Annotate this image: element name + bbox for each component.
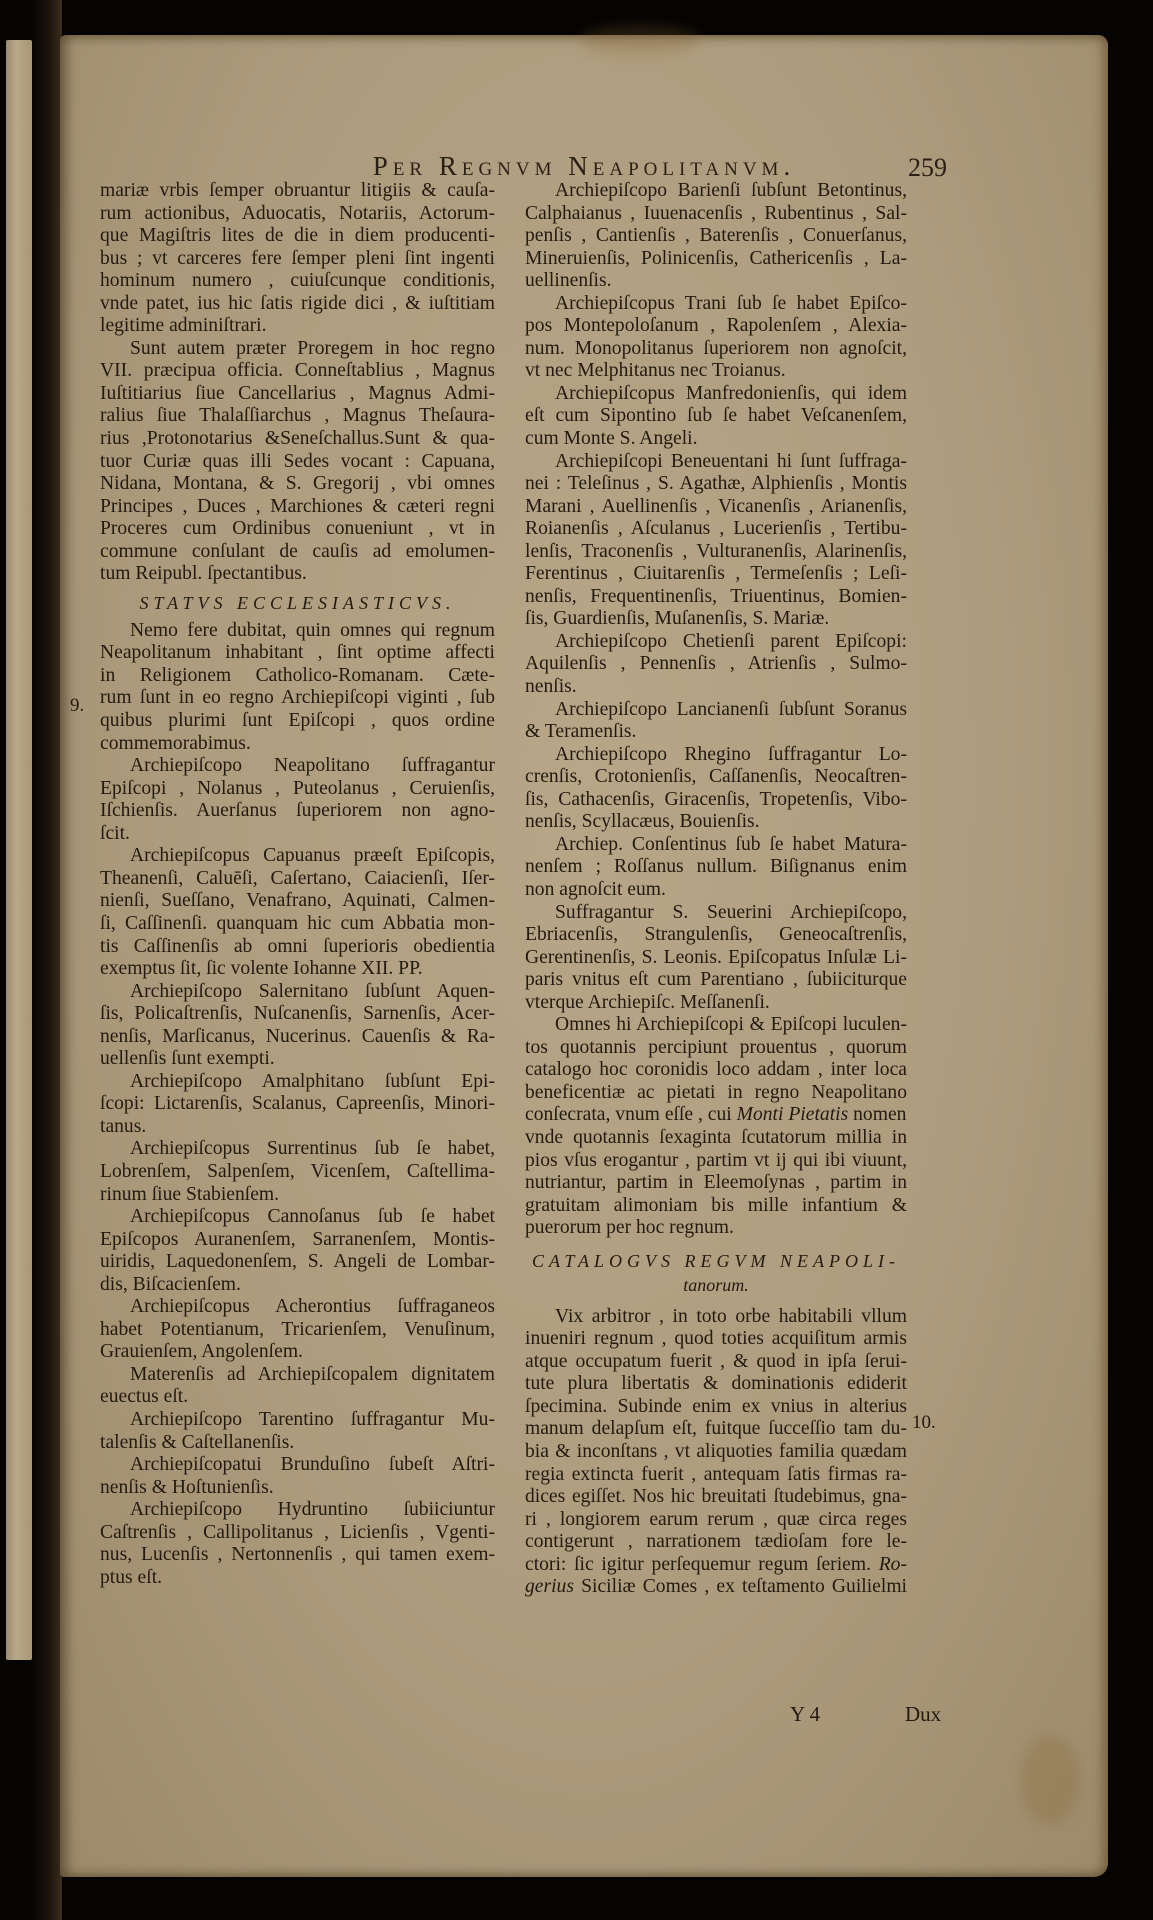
text-line-with-italic: conſecrata, vnum eſſe , cui Monti Pietat… (525, 1104, 907, 1127)
italic-name: Ro- (879, 1554, 907, 1575)
paragraph-start: Archiepiſcopus Manfredonienſis, qui idem (525, 383, 907, 406)
text-line: in Religionem Catholico-Romanam. Cæte- (100, 665, 495, 688)
paragraph-start: Archiepiſcopo Chetienſi parent Epiſcopi: (525, 631, 907, 654)
text-line: Aquilenſis , Pennenſis , Atrienſis , Sul… (525, 653, 907, 676)
text-line: Theanenſi, Caluēſi, Caſertano, Caiacienſ… (100, 868, 495, 891)
text-line: tanus. (100, 1116, 495, 1139)
text-line: vt nec Melphitanus nec Troianus. (525, 360, 907, 383)
paragraph-start: Archiepiſcopo Neapolitano ſuffragantur (100, 755, 495, 778)
paragraph-start: Archiepiſcopus Capuanus præeſt Epiſcopis… (100, 845, 495, 868)
text-line: gratuitam alimoniam bis mille infantium … (525, 1195, 907, 1218)
section-heading: CATALOGVS REGVM NEAPOLI- (525, 1248, 907, 1274)
text-line: nienſi, Sueſſano, Venafrano, Aquinati, C… (100, 890, 495, 913)
text-line: ralius ſiue Thalaſſiarchus , Magnus Theſ… (100, 405, 495, 428)
text-line: vnde patet, ius hic ſatis rigide dici , … (100, 293, 495, 316)
spacer (525, 1240, 907, 1248)
text-line: paris vnitus eſt cum Parentiano , ſubiic… (525, 969, 907, 992)
text-fragment: conſecrata, vnum eſſe , cui (525, 1104, 732, 1125)
text-line: euectus eſt. (100, 1386, 495, 1409)
text-line: habet Potentianum, Tricarienſem, Venuſin… (100, 1319, 495, 1342)
text-line: bia & inconſtans , vt aliquoties familia… (525, 1441, 907, 1464)
paragraph-start: Omnes hi Archiepiſcopi & Epiſcopi lucule… (525, 1014, 907, 1037)
text-line: tos quotannis percipiunt prouentus , quo… (525, 1037, 907, 1060)
text-line: pos Montepoloſanum , Rapolenſem , Alexia… (525, 315, 907, 338)
text-line: nenſis. (525, 676, 907, 699)
text-line: rum actionibus, Aduocatis, Notariis, Act… (100, 203, 495, 226)
text-line: num. Monopolitanus ſuperiorem non agnoſc… (525, 338, 907, 361)
text-line: Calphaianus , Iuuenacenſis , Rubentinus … (525, 203, 907, 226)
text-line: exemptus ſit, ſic volente Iohanne XII. P… (100, 958, 495, 981)
paragraph-start: Archiepiſcopatui Brunduſino ſubeſt Aſtri… (100, 1454, 495, 1477)
text-line: regia extincta fuerit , antequam ſatis f… (525, 1464, 907, 1487)
paper-stain (580, 25, 700, 55)
paragraph-start: Archiepiſcopo Salernitano ſubſunt Aquen- (100, 981, 495, 1004)
text-line: tute plura libertatis & dominationis edi… (525, 1373, 907, 1396)
text-line: lenſis, Traconenſis , Vulturanenſis, Ala… (525, 541, 907, 564)
right-column: Archiepiſcopo Barienſi ſubſunt Betontinu… (525, 180, 907, 1599)
paragraph-start: Archiepiſcopus Cannoſanus ſub ſe habet (100, 1206, 495, 1229)
text-line: ſis, Policaſtrenſis, Nuſcanenſis, Sarnen… (100, 1003, 495, 1026)
text-line: nenſis & Hoſtunienſis. (100, 1477, 495, 1500)
text-line: nutriantur, partim in Eleemoſynas , part… (525, 1172, 907, 1195)
text-line: Ebriacenſis, Strangulenſis, Geneocaſtren… (525, 924, 907, 947)
text-line: Lobrenſem, Salpenſem, Vicenſem, Caſtelli… (100, 1161, 495, 1184)
paragraph-start: Archiepiſcopo Rhegino ſuffragantur Lo- (525, 744, 907, 767)
text-line: Nidana, Montana, & S. Gregorij , vbi omn… (100, 473, 495, 496)
text-line: nenſis, Frequentinenſis, Triuentinus, Bo… (525, 586, 907, 609)
text-line: inueniri regnum , quod toties acquiſitum… (525, 1328, 907, 1351)
text-line: Iuſtitiarius ſiue Cancellarius , Magnus … (100, 383, 495, 406)
text-line: cum Monte S. Angeli. (525, 428, 907, 451)
text-line: puerorum per hoc regnum. (525, 1217, 907, 1240)
paragraph-start: Suffragantur S. Seuerini Archiepiſcopo, (525, 902, 907, 925)
text-line: Proceres cum Ordinibus conueniunt , vt i… (100, 518, 495, 541)
page-number: 259 (908, 153, 947, 183)
text-line-with-italic: gerius Siciliæ Comes , ex teſtamento Gui… (525, 1576, 907, 1599)
text-line: VII. præcipua officia. Conneſtablius , M… (100, 360, 495, 383)
text-fragment: nomen, (848, 1104, 907, 1125)
text-line: eſt cum Sipontino ſub ſe habet Veſcanenſ… (525, 405, 907, 428)
catchword: Dux (905, 1702, 941, 1727)
text-line: ptus eſt. (100, 1567, 495, 1590)
text-line: manum delapſum eſt, fuitque ſucceſſio ta… (525, 1418, 907, 1441)
text-line: talenſis & Caſtellanenſis. (100, 1432, 495, 1455)
text-line: pios vſus erogantur , partim vt ij qui i… (525, 1150, 907, 1173)
text-line: rinum ſiue Stabienſem. (100, 1184, 495, 1207)
text-line: tuor Curiæ quas illi Sedes vocant : Capu… (100, 451, 495, 474)
text-line: Epiſcopi , Nolanus , Puteolanus , Ceruie… (100, 778, 495, 801)
text-line: uellenſis ſunt exempti. (100, 1048, 495, 1071)
text-line: quibus plurimi ſunt Epiſcopi , quos ordi… (100, 710, 495, 733)
paragraph-start: Archiepiſcopo Hydruntino ſubiiciuntur (100, 1499, 495, 1522)
text-line: Mineruienſis, Polinicenſis, Cathericenſi… (525, 248, 907, 271)
text-line: tis Caſſinenſis ab omni ſuperioris obedi… (100, 936, 495, 959)
text-line: ſis, Guardienſis, Muſanenſis, S. Mariæ. (525, 608, 907, 631)
margin-note-section-10: 10. (912, 1412, 936, 1434)
text-line: nenſis, Scyllacæus, Bouienſis. (525, 811, 907, 834)
text-line: beneficentiæ ac pietati in regno Neapoli… (525, 1082, 907, 1105)
text-line: atque occupatum fuerit , & quod in ipſa … (525, 1351, 907, 1374)
text-line: nei : Teleſinus , S. Agathæ, Alphienſis … (525, 473, 907, 496)
text-line: bus ; vt carceres fere ſemper pleni ſint… (100, 248, 495, 271)
paragraph-start: Archiepiſcopi Beneuentani hi ſunt ſuffra… (525, 451, 907, 474)
signature-mark: Y 4 (790, 1702, 820, 1727)
text-line: ſcopi: Lictarenſis, Scalanus, Capreenſis… (100, 1093, 495, 1116)
text-line: commune conſulant de cauſis ad emolumen- (100, 541, 495, 564)
text-line: Roianenſis , Aſculanus , Lucerienſis , T… (525, 518, 907, 541)
text-line: Principes , Duces , Marchiones & cæteri … (100, 496, 495, 519)
text-line: nus, Lucenſis , Nertonnenſis , qui tamen… (100, 1544, 495, 1567)
text-line: non agnoſcit eum. (525, 879, 907, 902)
text-line-with-italic: ctori: ſic igitur perſequemur regum ſeri… (525, 1554, 907, 1577)
text-line: Iſchienſis. Auerſanus ſuperiorem non agn… (100, 800, 495, 823)
text-line: ſcit. (100, 823, 495, 846)
text-line: vterque Archiepiſc. Meſſanenſi. (525, 992, 907, 1015)
text-line: Marani , Auellinenſis , Vicanenſis , Ari… (525, 496, 907, 519)
text-line: ſpecimina. Subinde enim ex vnius in alte… (525, 1396, 907, 1419)
paragraph-start: Archiepiſcopo Lancianenſi ſubſunt Soranu… (525, 699, 907, 722)
book-gutter (32, 0, 62, 1920)
text-line: mariæ vrbis ſemper obruantur litigiis & … (100, 180, 495, 203)
previous-page-edge (6, 40, 32, 1660)
paragraph-start: Archiepiſcopus Acherontius ſuffraganeos (100, 1296, 495, 1319)
text-fragment: ctori: ſic igitur perſequemur regum ſeri… (525, 1554, 871, 1575)
text-line: catalogo hoc coronidis loco addam , inte… (525, 1059, 907, 1082)
paragraph-start: Archiepiſcopo Amalphitano ſubſunt Epi- (100, 1071, 495, 1094)
text-line: crenſis, Crotonienſis, Caſſanenſis, Neoc… (525, 766, 907, 789)
margin-note-section-9: 9. (70, 695, 84, 717)
text-line: nenſis, Marſicanus, Nucerinus. Cauenſis … (100, 1026, 495, 1049)
paper-stain (1020, 1735, 1080, 1825)
paragraph-start: Archiepiſcopus Trani ſub ſe habet Epiſco… (525, 293, 907, 316)
paragraph-start: Materenſis ad Archiepiſcopalem dignitate… (100, 1364, 495, 1387)
paragraph-start: Archiepiſcopo Tarentino ſuffragantur Mu- (100, 1409, 495, 1432)
text-line: nenſem ; Roſſanus nullum. Biſignanus eni… (525, 856, 907, 879)
italic-name: gerius (525, 1576, 574, 1597)
paragraph-start: Archiepiſcopo Barienſi ſubſunt Betontinu… (525, 180, 907, 203)
italic-phrase: Monti Pietatis (737, 1104, 849, 1125)
text-fragment: Siciliæ Comes , ex teſtamento Guilielmi (574, 1576, 907, 1597)
paragraph-start: Nemo fere dubitat, quin omnes qui regnum (100, 620, 495, 643)
left-column: mariæ vrbis ſemper obruantur litigiis & … (100, 180, 495, 1589)
paragraph-start: Archiepiſcopus Surrentinus ſub ſe habet, (100, 1138, 495, 1161)
text-line: Caſtrenſis , Callipolitanus , Licienſis … (100, 1522, 495, 1545)
paragraph-start: Archiep. Conſentinus ſub ſe habet Matura… (525, 834, 907, 857)
text-line: uiridis, Laquedonenſem, S. Angeli de Lom… (100, 1251, 495, 1274)
section-heading-continuation: tanorum. (525, 1274, 907, 1298)
text-line: Epiſcopos Auranenſem, Sarranenſem, Monti… (100, 1229, 495, 1252)
text-line: uellinenſis. (525, 270, 907, 293)
text-line: & Teramenſis. (525, 721, 907, 744)
text-line: que Magiſtris lites de die in diem produ… (100, 225, 495, 248)
text-line: Gerentinenſis, S. Leonis. Epiſcopatus In… (525, 947, 907, 970)
text-line: Neapolitanum inhabitant , ſint optime af… (100, 642, 495, 665)
paragraph-start: Sunt autem præter Proregem in hoc regno (100, 338, 495, 361)
book-page: Per Regnvm Neapolitanvm. 259 9. 10. mari… (60, 35, 1108, 1877)
text-line: rum ſunt in eo regno Archiepiſcopi vigin… (100, 687, 495, 710)
text-line: contigerunt , narrationem tædioſam fore … (525, 1531, 907, 1554)
text-line: ri , longiorem earum rerum , quæ circa r… (525, 1509, 907, 1532)
text-line: rius ,Protonotarius &Seneſchallus.Sunt &… (100, 428, 495, 451)
text-line: tum Reipubl. ſpectantibus. (100, 563, 495, 586)
spacer (525, 1298, 907, 1306)
text-line: ſis, Cathacenſis, Giracenſis, Tropetenſi… (525, 789, 907, 812)
paragraph-start: Vix arbitror , in toto orbe habitabili v… (525, 1306, 907, 1329)
running-title: Per Regnvm Neapolitanvm. (60, 151, 1108, 182)
text-line: legitime adminiſtrari. (100, 315, 495, 338)
text-line: penſis , Cantienſis , Baterenſis , Conue… (525, 225, 907, 248)
text-line: vnde quotannis ſexaginta ſcutatorum mill… (525, 1127, 907, 1150)
text-line: Grauienſem, Angolenſem. (100, 1341, 495, 1364)
text-line: commemorabimus. (100, 733, 495, 756)
text-line: dices egiſſet. Nos hic breuitati ſtudebi… (525, 1486, 907, 1509)
section-heading: STATVS ECCLESIASTICVS. (100, 586, 495, 620)
text-line: ſi, Caſſinenſi. quanquam hic cum Abbatia… (100, 913, 495, 936)
text-line: Ferentinus , Ciuitarenſis , Termeſenſis … (525, 563, 907, 586)
text-line: dis, Biſcacienſem. (100, 1274, 495, 1297)
text-line: hominum numero , cuiuſcunque conditionis… (100, 270, 495, 293)
